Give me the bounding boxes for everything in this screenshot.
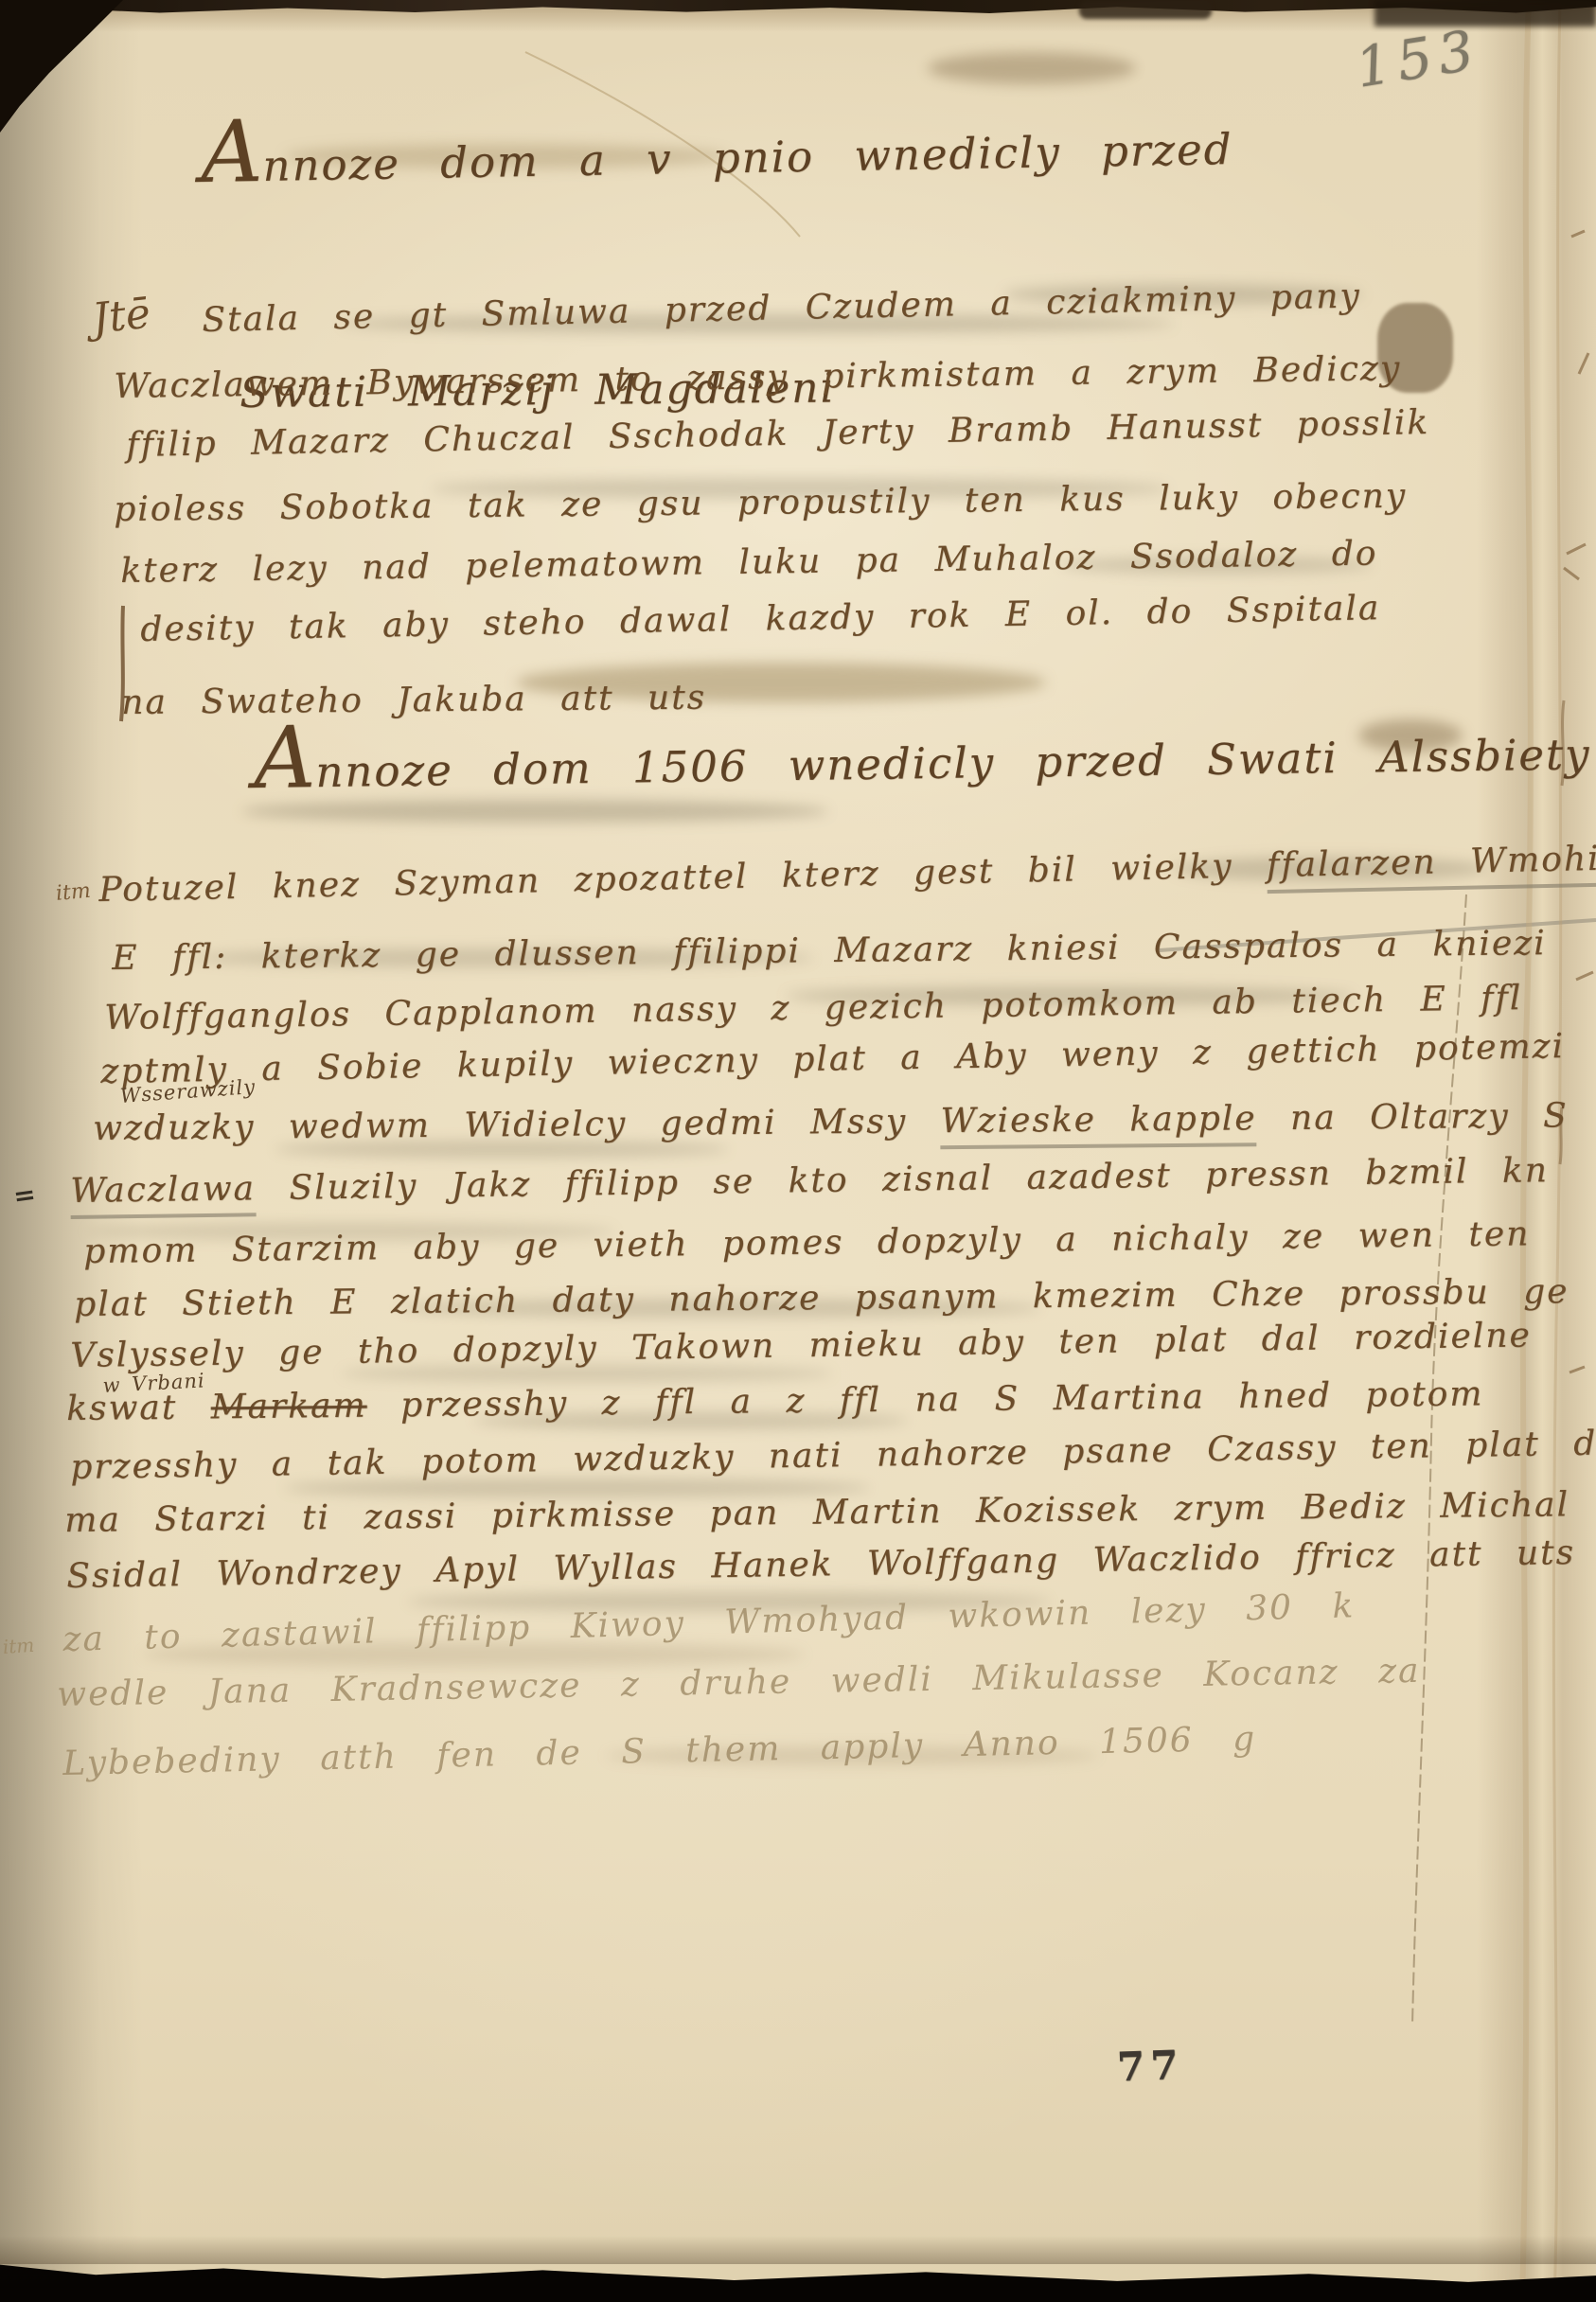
entry1-margin-mark: Jtē bbox=[90, 290, 152, 344]
entry2-line10-struck-word: Markam bbox=[210, 1387, 366, 1427]
entry2-line1-underlined-text: ffalarzen Wmohilni bbox=[1266, 839, 1596, 894]
scan-top-right-dark-mark bbox=[1374, 0, 1596, 27]
page-marks-overlay bbox=[0, 0, 1596, 2302]
page-number-ink: 77 bbox=[1116, 2042, 1184, 2090]
entry2-line5-text-end: na Oltarzy S bbox=[1290, 1096, 1569, 1138]
bottom-edge-shadow bbox=[0, 2236, 1596, 2264]
manuscript-scan: { "document": { "folio_number": "153", "… bbox=[0, 0, 1596, 2302]
entry1-line: na Swateho Jakuba att uts bbox=[121, 679, 706, 722]
entry2-line6-underlined-text: Waczlawa bbox=[70, 1169, 256, 1219]
entry2-line5-underlined-text: Wzieske kapple bbox=[940, 1099, 1256, 1149]
next-page-ink-marks bbox=[1564, 231, 1593, 1372]
entry2-line10-text: kswat bbox=[66, 1389, 177, 1428]
entry3-margin-mark: itm bbox=[2, 1634, 35, 1658]
entry2-line5-text: wzduzky wedwm Widielcy gedmi Mssy bbox=[93, 1102, 907, 1148]
entry2-margin-mark: itm bbox=[55, 879, 92, 906]
scan-top-dark-mark bbox=[1079, 0, 1212, 19]
entry2-margin-equals-mark: = bbox=[11, 1178, 38, 1213]
